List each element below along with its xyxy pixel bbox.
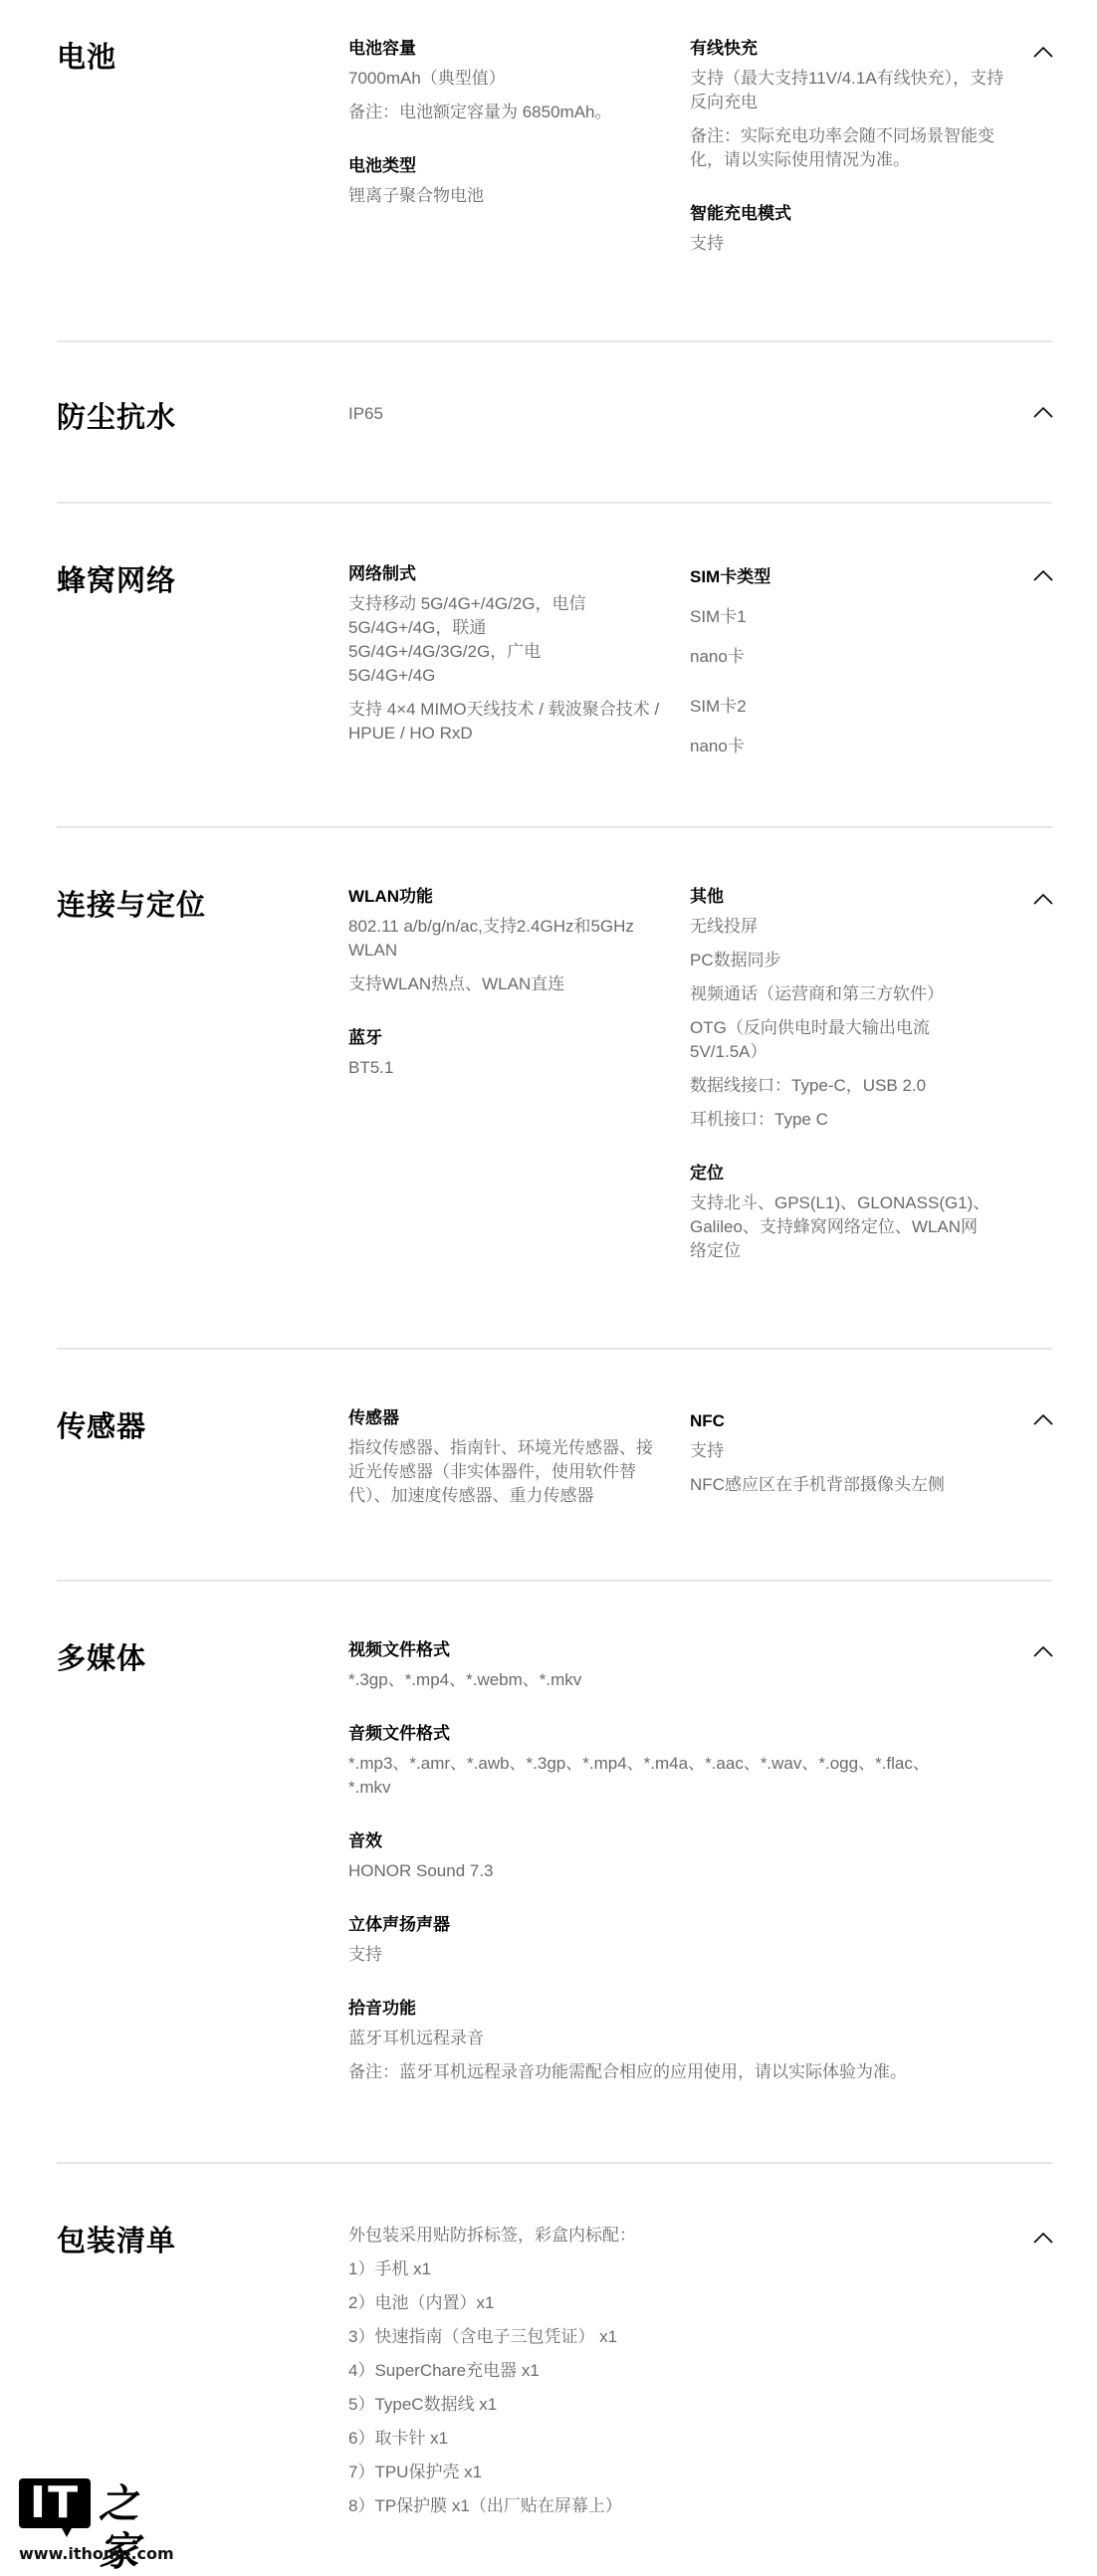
chevron-up-icon[interactable] [1033,568,1053,582]
spec-value: SIM卡2 [690,695,1018,719]
spec-value: 视频通话（运营商和第三方软件） [690,982,998,1006]
spec-value: 支持 [348,1943,986,1967]
spec-label: 传感器 [348,1406,657,1430]
spec-column-2: NFC 支持 NFC感应区在手机背部摄像头左侧 [690,1409,1018,1527]
section-dust-water: 防尘抗水 IP65 [57,342,1052,503]
spec-column-2: 其他 无线投屏 PC数据同步 视频通话（运营商和第三方软件） OTG（反向供电时… [690,885,998,1293]
spec-sound-effect: 音效 HONOR Sound 7.3 [348,1829,986,1883]
spec-value: 蓝牙耳机远程录音 [348,2027,986,2050]
spec-label: 立体声扬声器 [348,1913,986,1937]
chevron-up-icon[interactable] [1033,892,1053,906]
spec-label: 电池类型 [348,154,677,178]
spec-value: 支持（最大支持11V/4.1A有线快充），支持反向充电 [690,67,1008,114]
spec-value: IP65 [348,402,677,426]
chevron-up-icon[interactable] [1033,2231,1053,2245]
spec-label: 其他 [690,885,998,909]
spec-value: SIM卡1 [690,605,1018,629]
spec-value: 指纹传感器、指南针、环境光传感器、接近光传感器（非实体器件，使用软件替代）、加速… [348,1436,657,1508]
package-item: 6）取卡针 x1 [348,2427,986,2451]
spec-column-1: 电池容量 7000mAh（典型值） 备注：电池额定容量为 6850mAh。 电池… [348,37,677,238]
spec-nfc: NFC 支持 NFC感应区在手机背部摄像头左侧 [690,1409,1018,1497]
spec-location: 定位 支持北斗、GPS(L1)、GLONASS(G1)、Galileo、支持蜂窝… [690,1162,998,1263]
spec-value: *.3gp、*.mp4、*.webm、*.mkv [348,1668,986,1692]
chevron-up-icon[interactable] [1033,1412,1053,1426]
spec-battery-type: 电池类型 锂离子聚合物电池 [348,154,677,208]
section-title: 连接与定位 [57,890,206,922]
spec-wired-fast-charge: 有线快充 支持（最大支持11V/4.1A有线快充），支持反向充电 备注：实际充电… [690,37,1008,172]
section-title: 蜂窝网络 [57,565,176,597]
section-connectivity: 连接与定位 WLAN功能 802.11 a/b/g/n/ac,支持2.4GHz和… [57,828,1052,1349]
package-list: 外包装采用贴防拆标签，彩盒内标配： 1）手机 x1 2）电池（内置）x1 3）快… [348,2224,986,2528]
spec-note: 备注：电池额定容量为 6850mAh。 [348,101,687,124]
spec-value: *.mp3、*.amr、*.awb、*.3gp、*.mp4、*.m4a、*.aa… [348,1752,946,1800]
spec-value: PC数据同步 [690,949,998,972]
spec-value: 802.11 a/b/g/n/ac,支持2.4GHz和5GHz WLAN [348,915,637,963]
spec-smart-charge: 智能充电模式 支持 [690,202,1008,256]
spec-value: 支持北斗、GPS(L1)、GLONASS(G1)、Galileo、支持蜂窝网络定… [690,1191,993,1263]
spec-value: 无线投屏 [690,915,998,939]
package-item: 3）快速指南（含电子三包凭证） x1 [348,2325,986,2349]
spec-value: 支持 [690,1439,1018,1463]
watermark-url: www.ithome.com [19,2544,174,2563]
section-multimedia: 多媒体 视频文件格式 *.3gp、*.mp4、*.webm、*.mkv 音频文件… [57,1582,1052,2162]
spec-battery-capacity: 电池容量 7000mAh（典型值） 备注：电池额定容量为 6850mAh。 [348,37,677,124]
spec-note: 备注：蓝牙耳机远程录音功能需配合相应的应用使用，请以实际体验为准。 [348,2060,986,2084]
section-package: 包装清单 外包装采用贴防拆标签，彩盒内标配： 1）手机 x1 2）电池（内置）x… [57,2164,1052,2576]
spec-recording: 拾音功能 蓝牙耳机远程录音 备注：蓝牙耳机远程录音功能需配合相应的应用使用，请以… [348,1997,986,2084]
spec-label: 音效 [348,1829,986,1853]
package-item: 4）SuperChare充电器 x1 [348,2359,986,2383]
spec-label: WLAN功能 [348,885,677,909]
spec-value: 支持移动 5G/4G+/4G/2G，电信 5G/4G+/4G，联通 5G/4G+… [348,592,617,688]
spec-column-1: IP65 [348,402,677,436]
spec-label: 定位 [690,1162,998,1185]
section-title: 电池 [57,42,116,74]
chevron-up-icon[interactable] [1033,405,1053,419]
spec-label: 拾音功能 [348,1997,986,2021]
spec-label: 有线快充 [690,37,1008,61]
spec-column-1: 视频文件格式 *.3gp、*.mp4、*.webm、*.mkv 音频文件格式 *… [348,1638,986,2114]
section-title: 防尘抗水 [57,402,176,434]
spec-value: 支持 4×4 MIMO天线技术 / 载波聚合技术 / HPUE / HO RxD [348,698,677,746]
spec-sensors: 传感器 指纹传感器、指南针、环境光传感器、接近光传感器（非实体器件，使用软件替代… [348,1406,657,1508]
section-title: 传感器 [57,1411,146,1443]
package-item: 5）TypeC数据线 x1 [348,2393,986,2417]
spec-value: 7000mAh（典型值） [348,67,677,91]
spec-note: 备注：实际充电功率会随不同场景智能变化，请以实际使用情况为准。 [690,124,1008,172]
spec-value: 锂离子聚合物电池 [348,184,677,208]
spec-bluetooth: 蓝牙 BT5.1 [348,1026,677,1080]
spec-label: 电池容量 [348,37,677,61]
section-cellular: 蜂窝网络 网络制式 支持移动 5G/4G+/4G/2G，电信 5G/4G+/4G… [57,504,1052,827]
spec-value: HONOR Sound 7.3 [348,1859,986,1883]
spec-column-1: 传感器 指纹传感器、指南针、环境光传感器、接近光传感器（非实体器件，使用软件替代… [348,1406,657,1538]
spec-sim-type: SIM卡类型 SIM卡1 nano卡 SIM卡2 nano卡 [690,565,1018,758]
spec-other: 其他 无线投屏 PC数据同步 视频通话（运营商和第三方软件） OTG（反向供电时… [690,885,998,1132]
spec-value: NFC感应区在手机背部摄像头左侧 [690,1473,1018,1497]
spec-value: 支持 [690,232,1008,256]
spec-value: nano卡 [690,645,1018,669]
spec-value: 数据线接口：Type-C，USB 2.0 [690,1074,998,1098]
package-intro: 外包装采用贴防拆标签，彩盒内标配： [348,2224,986,2248]
spec-network-standard: 网络制式 支持移动 5G/4G+/4G/2G，电信 5G/4G+/4G，联通 5… [348,562,677,746]
section-title: 包装清单 [57,2226,176,2257]
package-item: 1）手机 x1 [348,2257,986,2281]
spec-column-2: SIM卡类型 SIM卡1 nano卡 SIM卡2 nano卡 [690,565,1018,788]
spec-stereo-speaker: 立体声扬声器 支持 [348,1913,986,1967]
package-item: 2）电池（内置）x1 [348,2291,986,2315]
spec-column-2: 有线快充 支持（最大支持11V/4.1A有线快充），支持反向充电 备注：实际充电… [690,37,1008,286]
spec-wlan: WLAN功能 802.11 a/b/g/n/ac,支持2.4GHz和5GHz W… [348,885,677,996]
spec-audio-formats: 音频文件格式 *.mp3、*.amr、*.awb、*.3gp、*.mp4、*.m… [348,1722,986,1800]
spec-label: 网络制式 [348,562,677,586]
spec-label: 蓝牙 [348,1026,677,1050]
spec-label: NFC [690,1409,1018,1433]
spec-video-formats: 视频文件格式 *.3gp、*.mp4、*.webm、*.mkv [348,1638,986,1692]
spec-value: 支持WLAN热点、WLAN直连 [348,972,677,996]
package-item: 7）TPU保护壳 x1 [348,2461,986,2484]
spec-label: 智能充电模式 [690,202,1008,226]
chevron-up-icon[interactable] [1033,1644,1053,1658]
spec-label: SIM卡类型 [690,565,1018,589]
spec-value: BT5.1 [348,1056,677,1080]
chevron-up-icon[interactable] [1033,45,1053,59]
logo-it-text: IT [19,2478,91,2528]
spec-label: 音频文件格式 [348,1722,986,1746]
section-title: 多媒体 [57,1643,146,1675]
package-item: 8）TP保护膜 x1（出厂贴在屏幕上） [348,2494,986,2518]
spec-value: nano卡 [690,735,1018,758]
spec-value: OTG（反向供电时最大输出电流5V/1.5A） [690,1016,959,1064]
spec-column-1: WLAN功能 802.11 a/b/g/n/ac,支持2.4GHz和5GHz W… [348,885,677,1110]
section-battery: 电池 电池容量 7000mAh（典型值） 备注：电池额定容量为 6850mAh。… [57,0,1052,341]
section-sensors: 传感器 传感器 指纹传感器、指南针、环境光传感器、接近光传感器（非实体器件，使用… [57,1350,1052,1581]
spec-value: 耳机接口：Type C [690,1108,998,1132]
spec-column-1: 网络制式 支持移动 5G/4G+/4G/2G，电信 5G/4G+/4G，联通 5… [348,562,677,775]
spec-label: 视频文件格式 [348,1638,986,1662]
